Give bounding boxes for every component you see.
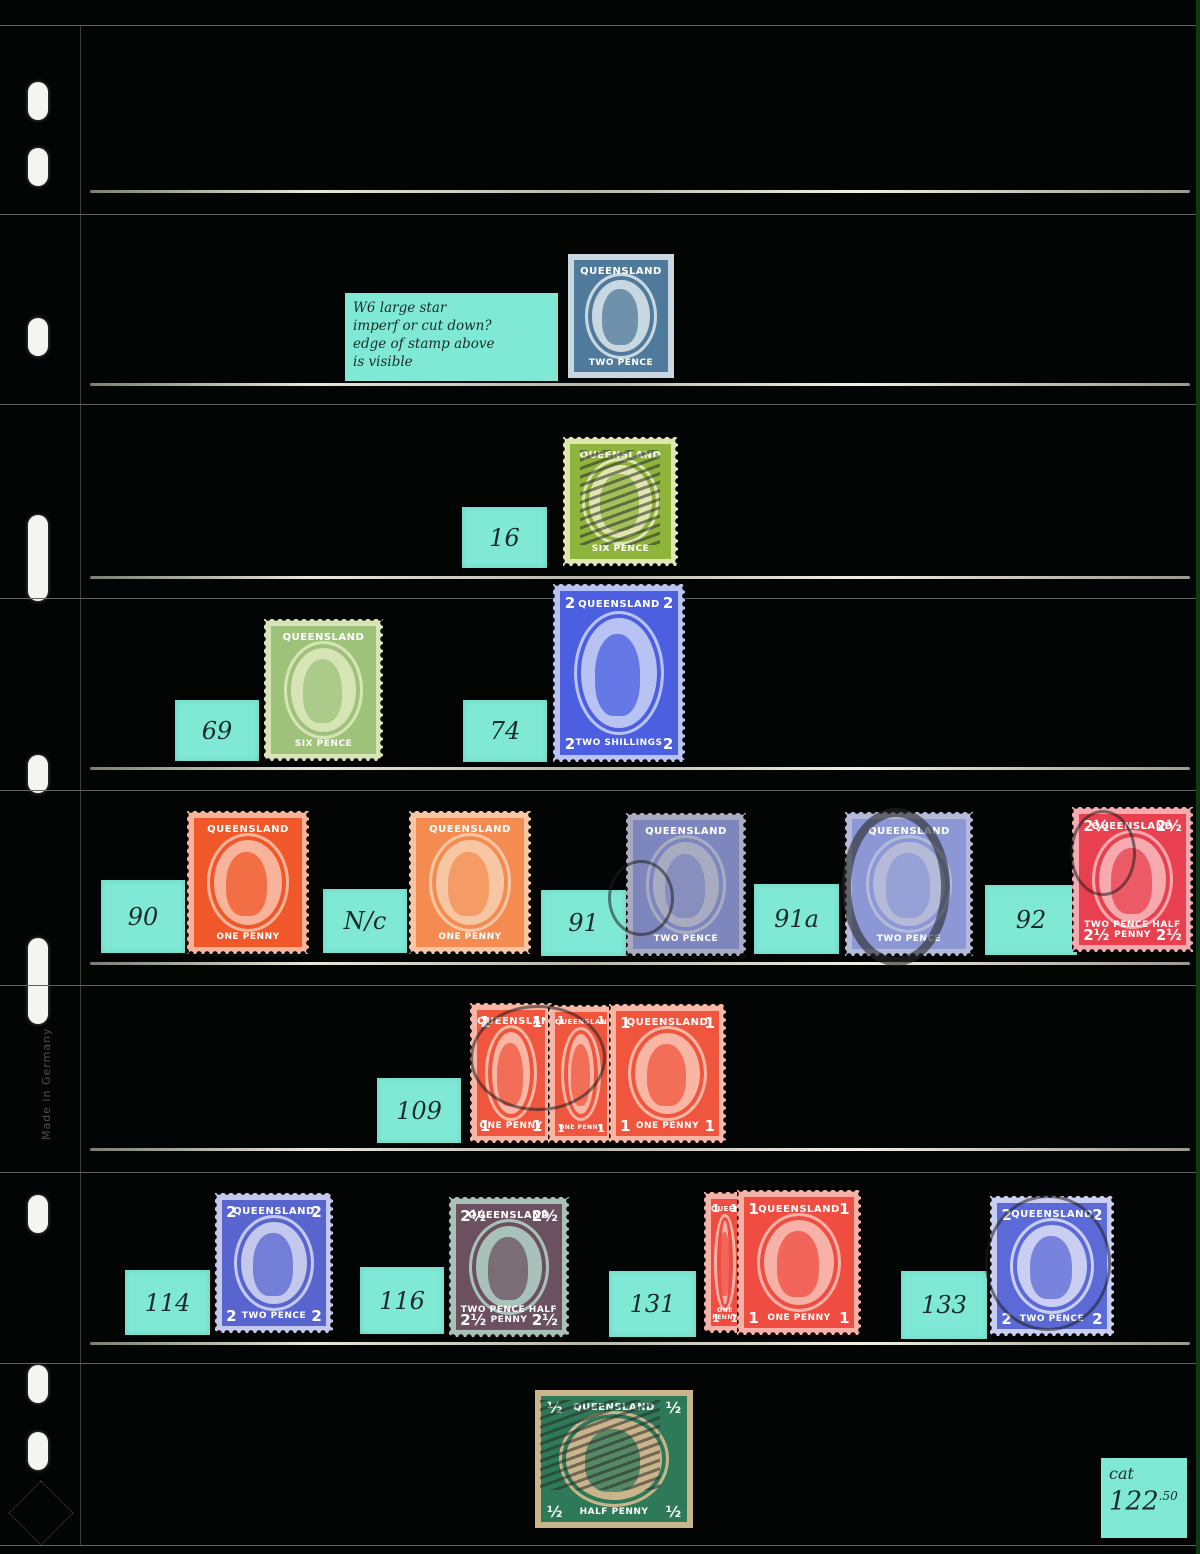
strip-pocket-edge bbox=[90, 1342, 1190, 1345]
stamp-inscription: QUEENSLAND bbox=[633, 826, 739, 837]
value-numeral: 2½ bbox=[460, 1207, 486, 1225]
postmark-bars bbox=[580, 450, 660, 545]
value-numeral: 2 bbox=[311, 1203, 321, 1221]
value-numeral: ½ bbox=[666, 1399, 682, 1417]
postmark bbox=[470, 1005, 606, 1111]
binder-hole bbox=[28, 938, 48, 1024]
value-numeral: ½ bbox=[547, 1503, 563, 1521]
strip-divider bbox=[0, 1363, 1196, 1364]
stamp-inscription: QUEENSLAND bbox=[416, 824, 524, 835]
stamp-two-pence-chalon[interactable]: QUEENSLANDTWO PENCE bbox=[568, 254, 674, 378]
catalogue-abbrev: cat bbox=[1109, 1464, 1179, 1483]
value-numeral: 2 bbox=[1092, 1310, 1102, 1328]
stamp-value-text: SIX PENCE bbox=[570, 544, 671, 554]
stamp-inscription: QUEENSLAND bbox=[194, 824, 302, 835]
catalogue-label: 69 bbox=[175, 700, 259, 761]
queen-portrait-icon bbox=[448, 852, 489, 917]
strip-pocket-edge bbox=[90, 576, 1190, 579]
manufacturer-logo-icon bbox=[8, 1480, 73, 1545]
stamp-value-text: TWO PENCE bbox=[633, 934, 739, 944]
strip-divider bbox=[0, 1545, 1196, 1546]
stamp-design: QUEENSLANDTWO PENCE bbox=[572, 258, 670, 374]
binder-hole bbox=[28, 1365, 48, 1403]
binder-hole bbox=[28, 318, 48, 356]
queen-portrait-icon bbox=[488, 1237, 528, 1300]
stamp-two-pence-blue[interactable]: QUEENSLANDTWO PENCE2222 bbox=[215, 1193, 333, 1333]
catalogue-value: 122.50 bbox=[1109, 1483, 1179, 1515]
stamp-inscription: QUEENSLAND bbox=[222, 1206, 326, 1217]
queen-portrait-icon bbox=[719, 1232, 730, 1296]
stamp-value-text: ONE PENNY bbox=[416, 932, 524, 942]
queen-portrait-icon bbox=[595, 634, 640, 716]
catalogue-label: 131 bbox=[609, 1271, 696, 1337]
queen-portrait-icon bbox=[226, 852, 267, 917]
catalogue-label: 133 bbox=[901, 1271, 987, 1339]
value-numeral: 2½ bbox=[1156, 817, 1182, 835]
value-numeral: 1 bbox=[748, 1309, 758, 1327]
value-numeral: 2 bbox=[565, 735, 575, 753]
catalogue-label: 92 bbox=[985, 885, 1077, 955]
binder-hole bbox=[28, 755, 48, 793]
stamp-design: QUEENSLANDONE PENNY bbox=[192, 816, 304, 949]
binder-hole bbox=[28, 515, 48, 601]
value-numeral: 2 bbox=[226, 1307, 236, 1325]
stamp-value-text: ONE PENNY bbox=[194, 932, 302, 942]
postmark bbox=[985, 1195, 1111, 1331]
queen-portrait-icon bbox=[647, 1044, 686, 1107]
value-numeral: 1 bbox=[620, 1117, 630, 1135]
value-numeral: 2½ bbox=[460, 1311, 486, 1329]
strip-divider bbox=[0, 214, 1196, 215]
value-numeral: 2 bbox=[663, 735, 673, 753]
value-numeral: ½ bbox=[666, 1503, 682, 1521]
stamp-value-text: TWO PENCE bbox=[222, 1311, 326, 1321]
value-numeral: 1 bbox=[532, 1117, 542, 1135]
strip-pocket-edge bbox=[90, 1148, 1190, 1151]
strip-divider bbox=[0, 985, 1196, 986]
strip-pocket-edge bbox=[90, 383, 1190, 386]
stamp-value-text: SIX PENCE bbox=[271, 739, 376, 749]
value-numeral: 2½ bbox=[532, 1207, 558, 1225]
page-edge bbox=[1196, 0, 1200, 1554]
stamp-design: QUEENSLANDONE PENNY1111 bbox=[614, 1009, 721, 1138]
value-numeral: 1 bbox=[712, 1202, 720, 1215]
stamp-inscription: QUEENSLAND bbox=[574, 266, 668, 277]
value-numeral: 2 bbox=[663, 594, 673, 612]
value-numeral: 1 bbox=[839, 1309, 849, 1327]
catalogue-label: 109 bbox=[377, 1078, 461, 1143]
binder-hole bbox=[28, 1432, 48, 1470]
queen-portrait-icon bbox=[777, 1231, 819, 1297]
stamp-two-shillings[interactable]: QUEENSLANDTWO SHILLINGS2222 bbox=[553, 584, 685, 762]
stamp-one-penny-pair[interactable]: QUEENSLANDONE PENNY1111 bbox=[737, 1190, 861, 1335]
value-numeral: 2 bbox=[565, 594, 575, 612]
stamp-design: QUEENSLANDONE PENNY bbox=[414, 816, 526, 949]
manufacturer-imprint: Made in Germany bbox=[40, 1027, 53, 1140]
value-numeral: 1 bbox=[597, 1014, 605, 1027]
stockbook-page: Made in Germany W6 large star imperf or … bbox=[0, 0, 1200, 1554]
stamp-value-text: TWO PENCE bbox=[574, 358, 668, 368]
stamp-six-pence-green[interactable]: QUEENSLANDSIX PENCE bbox=[264, 619, 383, 761]
stamp-one-penny-orange[interactable]: QUEENSLANDONE PENNY bbox=[409, 811, 531, 954]
catalogue-label: 91a bbox=[754, 884, 839, 954]
catalogue-label: 90 bbox=[101, 880, 185, 953]
stamp-one-penny-strip[interactable]: QUEENSLANDONE PENNY1111 bbox=[609, 1004, 726, 1143]
strip-pocket-edge bbox=[90, 190, 1190, 193]
binder-hole bbox=[28, 82, 48, 120]
catalogue-label: 74 bbox=[463, 700, 547, 762]
catalogue-label: 116 bbox=[360, 1267, 444, 1334]
strip-divider bbox=[0, 790, 1196, 791]
stamp-design: QUEENSLANDONE PENNY1111 bbox=[742, 1195, 856, 1330]
queen-portrait-icon bbox=[303, 659, 343, 723]
value-numeral: 1 bbox=[620, 1014, 630, 1032]
stamp-value-text: TWO SHILLINGS bbox=[560, 738, 678, 748]
queen-portrait-icon bbox=[253, 1233, 293, 1296]
catalogue-value-note: cat 122.50 bbox=[1101, 1458, 1187, 1538]
value-numeral: 2 bbox=[226, 1203, 236, 1221]
strip-divider bbox=[0, 404, 1196, 405]
stamp-design: QUEENSLANDSIX PENCE bbox=[269, 624, 378, 756]
strip-pocket-edge bbox=[90, 962, 1190, 965]
value-numeral: 2½ bbox=[532, 1311, 558, 1329]
value-numeral: 1 bbox=[597, 1122, 605, 1135]
value-numeral: 2½ bbox=[1156, 926, 1182, 944]
value-numeral: 1 bbox=[480, 1117, 490, 1135]
value-numeral: 1 bbox=[839, 1200, 849, 1218]
gutter-line bbox=[80, 25, 81, 1545]
stamp-inscription: QUEENSLAND bbox=[560, 599, 678, 610]
stamp-design: QUEENSLANDTWO PENCE2222 bbox=[220, 1198, 328, 1328]
catalogue-label: N/c bbox=[323, 889, 407, 953]
postmark bbox=[1070, 810, 1136, 896]
value-numeral: 1 bbox=[704, 1117, 714, 1135]
stamp-one-penny-red[interactable]: QUEENSLANDONE PENNY bbox=[187, 811, 309, 954]
value-numeral: 1 bbox=[557, 1122, 565, 1135]
postmark-bars bbox=[540, 1400, 660, 1490]
value-numeral: 1 bbox=[748, 1200, 758, 1218]
postmark bbox=[842, 808, 950, 966]
stamp-value-text: ONE PENNY bbox=[744, 1313, 854, 1323]
stamp-design: QUEENSLANDTWO PENCE HALF PENNY2½2½2½2½ bbox=[454, 1202, 564, 1332]
catalogue-label: 16 bbox=[462, 507, 547, 568]
binder-hole bbox=[28, 1195, 48, 1233]
value-numeral: 1 bbox=[704, 1014, 714, 1032]
strip-divider bbox=[0, 1172, 1196, 1173]
handwritten-note: W6 large star imperf or cut down? edge o… bbox=[345, 293, 558, 381]
catalogue-label: 114 bbox=[125, 1270, 210, 1335]
queen-portrait-icon bbox=[602, 289, 638, 345]
value-numeral: 2½ bbox=[1083, 926, 1109, 944]
value-numeral: 1 bbox=[712, 1312, 720, 1325]
strip-pocket-edge bbox=[90, 767, 1190, 770]
stamp-two-pence-half-penny-purple[interactable]: QUEENSLANDTWO PENCE HALF PENNY2½2½2½2½ bbox=[449, 1197, 569, 1337]
binder-hole bbox=[28, 148, 48, 186]
value-numeral: 2 bbox=[311, 1307, 321, 1325]
postmark bbox=[608, 860, 674, 936]
stamp-design: QUEENSLANDTWO SHILLINGS2222 bbox=[558, 589, 680, 757]
stamp-inscription: QUEENSLAND bbox=[271, 632, 376, 643]
stamp-inscription: QUEENSLAND bbox=[744, 1204, 854, 1215]
strip-divider bbox=[0, 25, 1196, 26]
